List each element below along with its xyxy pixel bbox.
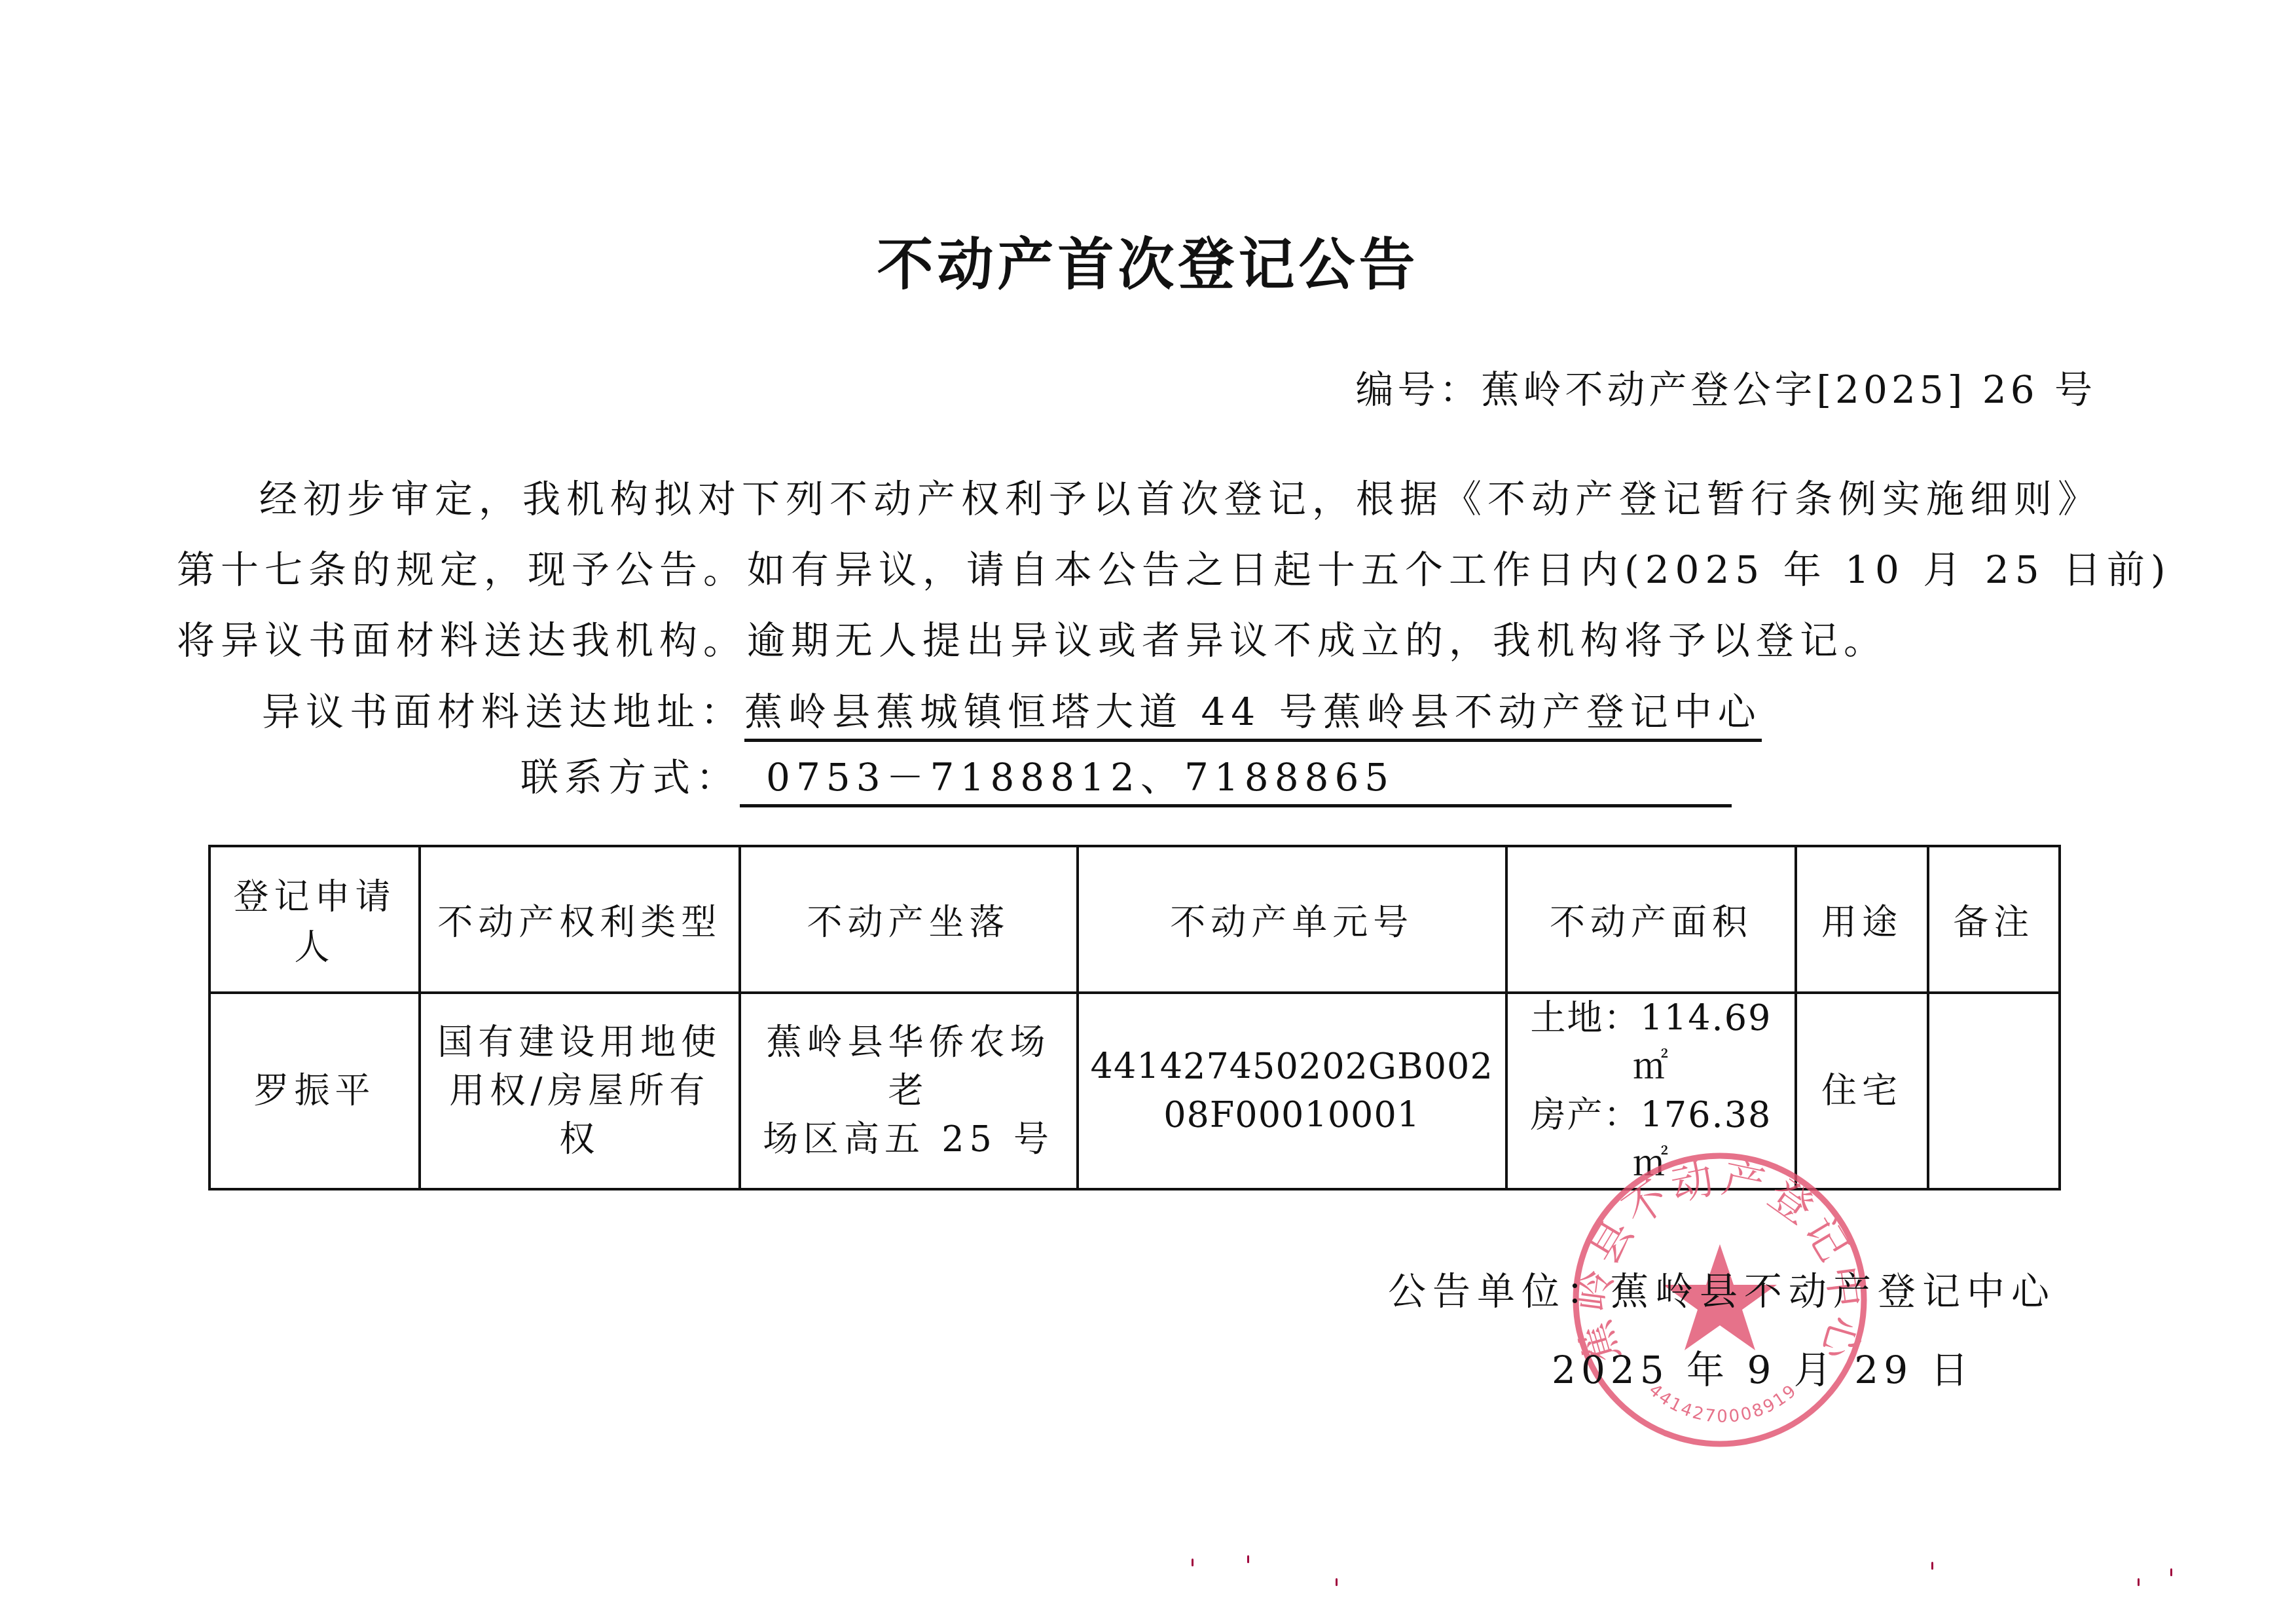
issue-date: 2025 年 9 月 29 日 [1552, 1339, 1974, 1394]
cell-remark [1928, 993, 2060, 1189]
scan-speck [2170, 1568, 2172, 1576]
unit-number-line-1: 441427450202GB002 [1091, 1043, 1493, 1091]
issuer-name: 蕉岭县不动产登记中心 [1611, 1269, 2056, 1314]
header-usage: 用途 [1796, 846, 1927, 993]
body-line-2: 第十七条的规定，现予公告。如有异议，请自本公告之日起十五个工作日内(2025 年… [177, 534, 2105, 605]
document-number-label: 编号： [1355, 367, 1481, 412]
cell-location: 蕉岭县华侨农场老 场区高五 25 号 [740, 993, 1078, 1189]
header-right-type: 不动产权利类型 [420, 846, 740, 993]
header-area: 不动产面积 [1506, 846, 1796, 993]
scan-speck [2138, 1578, 2140, 1586]
scan-speck [1336, 1578, 1338, 1586]
document-number: 编号：蕉岭不动产登公字[2025] 26 号 [1355, 359, 2096, 414]
notice-body: 经初步审定，我机构拟对下列不动产权利予以首次登记，根据《不动产登记暂行条例实施细… [177, 464, 2105, 676]
header-location: 不动产坐落 [740, 846, 1078, 993]
issuer-label: 公告单位： [1388, 1269, 1611, 1314]
objection-address-value: 蕉岭县蕉城镇恒塔大道 44 号蕉岭县不动产登记中心 [744, 681, 1762, 742]
header-unit-number: 不动产单元号 [1078, 846, 1506, 993]
scan-speck [1192, 1559, 1194, 1566]
issuer: 公告单位：蕉岭县不动产登记中心 [1388, 1261, 2056, 1316]
header-remark: 备注 [1928, 846, 2060, 993]
cell-applicant: 罗振平 [210, 993, 420, 1189]
right-type-line-1: 国有建设用地使 [433, 1018, 727, 1067]
scan-speck [1931, 1562, 1933, 1570]
body-line-1: 经初步审定，我机构拟对下列不动产权利予以首次登记，根据《不动产登记暂行条例实施细… [177, 464, 2105, 534]
contact-label: 联系方式： [520, 755, 740, 800]
location-line-1: 蕉岭县华侨农场老 [753, 1018, 1065, 1115]
table-header-row: 登记申请人 不动产权利类型 不动产坐落 不动产单元号 不动产面积 用途 备注 [210, 846, 2060, 993]
right-type-line-2: 用权/房屋所有权 [433, 1067, 727, 1164]
body-line-3: 将异议书面材料送达我机构。逾期无人提出异议或者异议不成立的，我机构将予以登记。 [177, 605, 2105, 676]
contact-value: 0753－7188812、7188865 [740, 747, 1732, 807]
registration-table: 登记申请人 不动产权利类型 不动产坐落 不动产单元号 不动产面积 用途 备注 罗… [208, 845, 2061, 1190]
contact-row: 联系方式：0753－7188812、7188865 [520, 747, 1732, 807]
cell-unit-number: 441427450202GB002 08F00010001 [1078, 993, 1506, 1189]
scan-speck [1247, 1555, 1249, 1563]
area-land: 土地：114.69 ㎡ [1520, 994, 1783, 1091]
cell-right-type: 国有建设用地使 用权/房屋所有权 [420, 993, 740, 1189]
page-title: 不动产首次登记公告 [0, 219, 2296, 301]
location-line-2: 场区高五 25 号 [753, 1115, 1065, 1164]
document-number-value: 蕉岭不动产登公字[2025] 26 号 [1481, 367, 2096, 412]
objection-address-row: 异议书面材料送达地址：蕉岭县蕉城镇恒塔大道 44 号蕉岭县不动产登记中心 [262, 681, 1762, 742]
unit-number-line-2: 08F00010001 [1091, 1091, 1493, 1139]
objection-address-label: 异议书面材料送达地址： [262, 690, 744, 734]
header-applicant: 登记申请人 [210, 846, 420, 993]
